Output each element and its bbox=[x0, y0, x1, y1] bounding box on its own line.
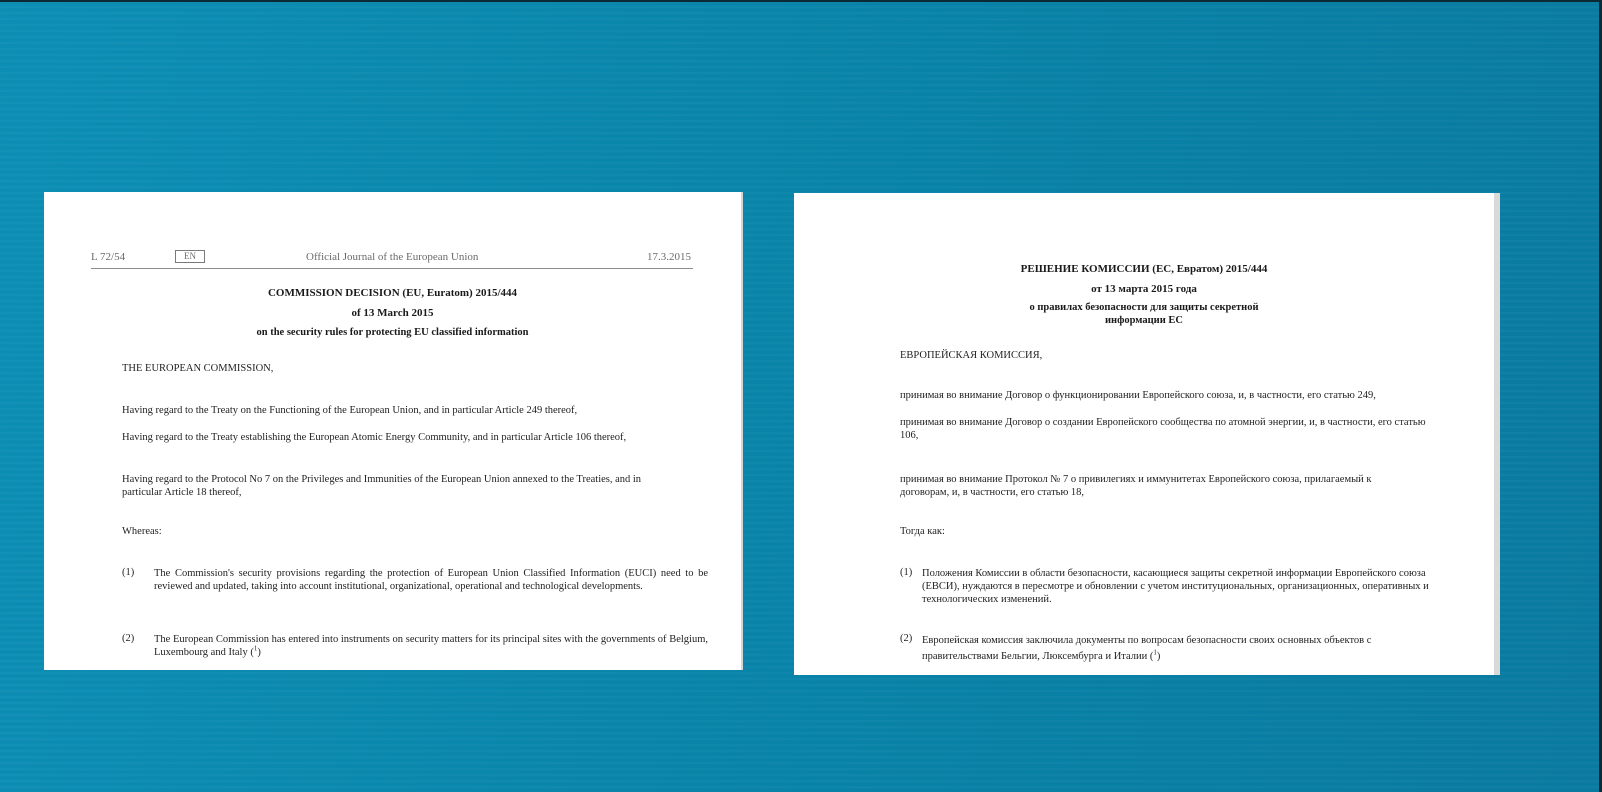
document-page-english: L 72/54 EN Official Journal of the Europ… bbox=[44, 192, 743, 670]
journal-date: 17.3.2015 bbox=[647, 251, 691, 263]
recital-number: (1) bbox=[122, 567, 134, 578]
journal-name: Official Journal of the European Union bbox=[306, 251, 478, 263]
recital-2-suffix: ) bbox=[257, 647, 261, 658]
decision-title: COMMISSION DECISION (EU, Euratom) 2015/4… bbox=[44, 287, 741, 299]
decision-subject-line-2: информации ЕС bbox=[794, 315, 1494, 326]
top-border bbox=[0, 0, 1602, 2]
decision-subject-line-1: о правилах безопасности для защиты секре… bbox=[794, 302, 1494, 313]
citation-2: Having regard to the Treaty establishing… bbox=[122, 431, 626, 444]
recital-2-suffix: ) bbox=[1157, 651, 1161, 662]
document-page-russian: РЕШЕНИЕ КОМИССИИ (ЕС, Евратом) 2015/444 … bbox=[794, 193, 1500, 675]
decision-date: of 13 March 2015 bbox=[44, 307, 741, 319]
intro-text: ЕВРОПЕЙСКАЯ КОМИССИЯ, bbox=[900, 349, 1042, 362]
whereas-label: Whereas: bbox=[122, 525, 162, 538]
decision-date: от 13 марта 2015 года bbox=[794, 283, 1494, 295]
whereas-label: Тогда как: bbox=[900, 525, 945, 538]
recital-2: Европейская комиссия заключила документы… bbox=[922, 633, 1422, 665]
recital-number: (2) bbox=[122, 633, 134, 644]
recital-1-text: Положения Комиссии в области безопасност… bbox=[922, 567, 1437, 606]
recital-number: (1) bbox=[900, 567, 912, 578]
decision-subject: on the security rules for protecting EU … bbox=[44, 327, 741, 338]
recital-1-text: The Commission's security provisions reg… bbox=[154, 567, 708, 593]
language-badge: EN bbox=[175, 250, 205, 263]
header-rule bbox=[91, 268, 693, 269]
recital-2-text: Европейская комиссия заключила документы… bbox=[922, 635, 1371, 662]
intro-text: THE EUROPEAN COMMISSION, bbox=[122, 362, 273, 375]
citation-1: принимая во внимание Договор о функциони… bbox=[900, 389, 1376, 402]
citation-1: Having regard to the Treaty on the Funct… bbox=[122, 404, 577, 417]
journal-reference: L 72/54 bbox=[91, 251, 125, 263]
recital-2-text: The European Commission has entered into… bbox=[154, 634, 708, 658]
citation-3: принимая во внимание Протокол № 7 о прив… bbox=[900, 473, 1410, 499]
decision-title: РЕШЕНИЕ КОМИССИИ (ЕС, Евратом) 2015/444 bbox=[794, 263, 1494, 275]
citation-3: Having regard to the Protocol No 7 on th… bbox=[122, 473, 652, 499]
citation-2: принимая во внимание Договор о создании … bbox=[900, 416, 1435, 442]
recital-2: The European Commission has entered into… bbox=[154, 633, 708, 659]
recital-number: (2) bbox=[900, 633, 912, 644]
